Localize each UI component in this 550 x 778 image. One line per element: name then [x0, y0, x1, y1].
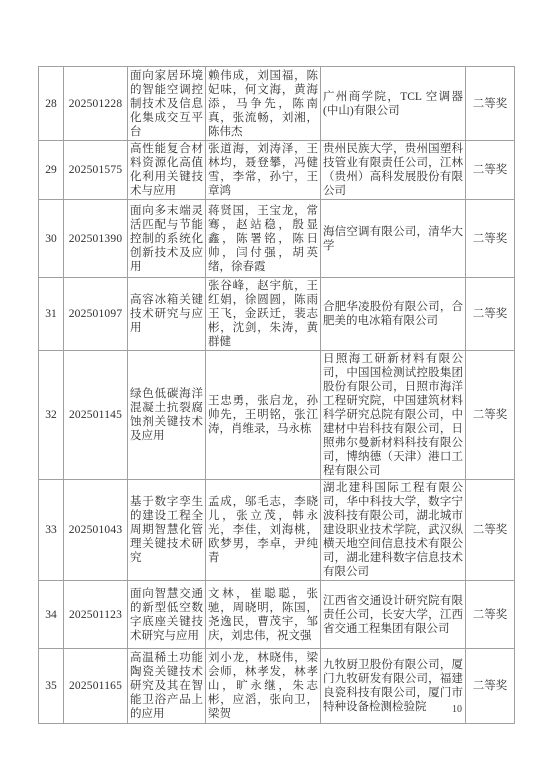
cell-serial-number: 28 [39, 67, 64, 141]
table-row: 33 202501043 基于数字孪生的建设工程全周期智慧化管理关键技术研究 孟… [39, 480, 515, 581]
table-row: 30 202501390 面向多末端灵活匹配与节能控制的系统化创新技术及应用 蒋… [39, 200, 515, 278]
cell-project-code: 202501575 [64, 141, 128, 200]
cell-serial-number: 29 [39, 141, 64, 200]
cell-project-title: 基于数字孪生的建设工程全周期智慧化管理关键技术研究 [128, 480, 206, 581]
cell-organizations: 湖北建科国际工程有限公司，华中科技大学，数字宁波科技有限公司，湖北城市建设职业技… [321, 480, 466, 581]
cell-project-title: 高温稀土功能陶瓷关键技术研究及其在智能卫浴产品上的应用 [128, 649, 206, 724]
cell-project-title: 面向多末端灵活匹配与节能控制的系统化创新技术及应用 [128, 200, 206, 278]
cell-awardees: 文林，崔聪聪，张驰，周晓明，陈国，尧逸民，曹茂宇，邹庆，刘忠伟，祝文强 [206, 581, 321, 649]
table-row: 28 202501228 面向家居环境的智能空调控制技术及信息化集成交互平台 赖… [39, 67, 515, 141]
cell-awardees: 蒋贤国，王宝龙，常骞，赵站稳，殷显鑫，陈署铭，陈日帅，闫付强，胡英绪，徐春霞 [206, 200, 321, 278]
cell-organizations: 海信空调有限公司，清华大学 [321, 200, 466, 278]
cell-project-code: 202501165 [64, 649, 128, 724]
cell-organizations: 江西省交通设计研究院有限责任公司，长安大学，江西省交通工程集团有限公司 [321, 581, 466, 649]
cell-award-grade: 二等奖 [466, 480, 515, 581]
cell-project-title: 高性能复合材料资源化高值化利用关键技术与应用 [128, 141, 206, 200]
cell-serial-number: 33 [39, 480, 64, 581]
cell-organizations: 广州商学院，TCL 空调器(中山)有限公司 [321, 67, 466, 141]
cell-project-code: 202501123 [64, 581, 128, 649]
cell-serial-number: 34 [39, 581, 64, 649]
cell-award-grade: 二等奖 [466, 200, 515, 278]
page-number: 10 [452, 704, 462, 715]
cell-serial-number: 32 [39, 351, 64, 480]
cell-awardees: 刘小龙，林晓伟，梁会师，林孝发，林孝山，旷永继，朱志彬，应滔，张向卫，梁贺 [206, 649, 321, 724]
cell-serial-number: 35 [39, 649, 64, 724]
award-table: 28 202501228 面向家居环境的智能空调控制技术及信息化集成交互平台 赖… [38, 66, 515, 724]
table-row: 29 202501575 高性能复合材料资源化高值化利用关键技术与应用 张道海，… [39, 141, 515, 200]
cell-project-code: 202501390 [64, 200, 128, 278]
cell-awardees: 赖伟成，刘国福，陈妃味，何文海，黄海添，马争先，陈南真，张流畅，刘湘，陈伟杰 [206, 67, 321, 141]
cell-organizations: 合肥华凌股份有限公司，合肥美的电冰箱有限公司 [321, 278, 466, 351]
cell-project-code: 202501228 [64, 67, 128, 141]
cell-awardees: 张谷峰，赵宇航，王红娟，徐圆圆，陈雨王飞，金跃迁，裴志彬，沈剑，朱涛，黄群健 [206, 278, 321, 351]
table-row: 32 202501145 绿色低碳海洋混凝土抗裂腐蚀剂关键技术及应用 王忠勇，张… [39, 351, 515, 480]
cell-project-code: 202501043 [64, 480, 128, 581]
cell-project-title: 面向智慧交通的新型低空数字底座关键技术研究与应用 [128, 581, 206, 649]
cell-organizations: 贵州民族大学，贵州国塑科技管业有限责任公司，江林（贵州）高科发展股份有限公司 [321, 141, 466, 200]
table-row: 35 202501165 高温稀土功能陶瓷关键技术研究及其在智能卫浴产品上的应用… [39, 649, 515, 724]
table-row: 34 202501123 面向智慧交通的新型低空数字底座关键技术研究与应用 文林… [39, 581, 515, 649]
cell-organizations: 日照海工研新材料有限公司，中国国检测试控股集团股份有限公司，日照市海洋工程研究院… [321, 351, 466, 480]
cell-awardees: 张道海，刘涛泽，王林均，聂登攀，冯健雪，李常，孙宁，王章鸿 [206, 141, 321, 200]
cell-award-grade: 二等奖 [466, 581, 515, 649]
cell-awardees: 孟成，邬毛志，李晓儿，张立茂，韩永光，李佳，刘海桃，欧梦男，李卓，尹纯青 [206, 480, 321, 581]
cell-project-title: 高容冰箱关键技术研究与应用 [128, 278, 206, 351]
cell-organizations: 九牧厨卫股份有限公司，厦门九牧研发有限公司，福建良瓷科技有限公司，厦门市特种设备… [321, 649, 466, 724]
cell-award-grade: 二等奖 [466, 649, 515, 724]
cell-serial-number: 30 [39, 200, 64, 278]
cell-awardees: 王忠勇，张启龙，孙帅先，王明铭，张江涛，肖维录，马永栋 [206, 351, 321, 480]
document-page: 28 202501228 面向家居环境的智能空调控制技术及信息化集成交互平台 赖… [0, 0, 550, 778]
table-row: 31 202501097 高容冰箱关键技术研究与应用 张谷峰，赵宇航，王红娟，徐… [39, 278, 515, 351]
cell-award-grade: 二等奖 [466, 141, 515, 200]
cell-project-title: 面向家居环境的智能空调控制技术及信息化集成交互平台 [128, 67, 206, 141]
cell-serial-number: 31 [39, 278, 64, 351]
cell-award-grade: 二等奖 [466, 67, 515, 141]
cell-project-code: 202501145 [64, 351, 128, 480]
cell-award-grade: 二等奖 [466, 278, 515, 351]
cell-project-title: 绿色低碳海洋混凝土抗裂腐蚀剂关键技术及应用 [128, 351, 206, 480]
cell-award-grade: 二等奖 [466, 351, 515, 480]
cell-project-code: 202501097 [64, 278, 128, 351]
